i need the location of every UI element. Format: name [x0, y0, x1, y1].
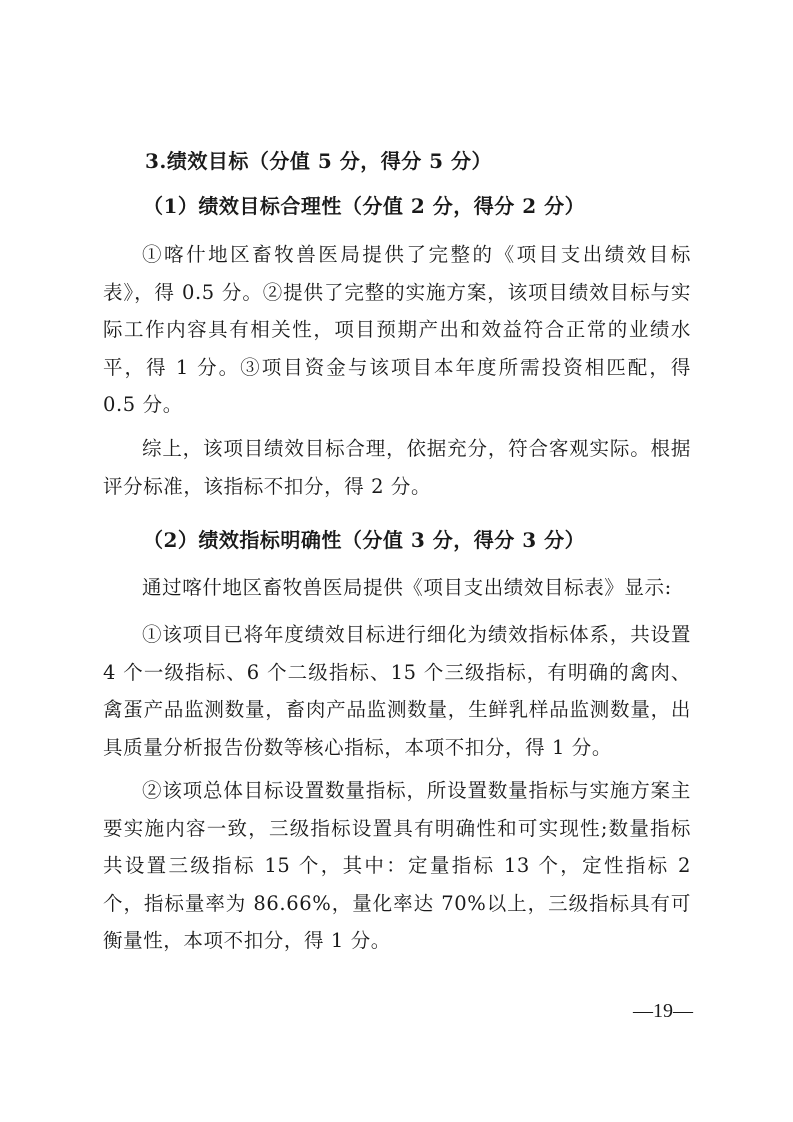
- subsection-heading-2: （2）绩效指标明确性（分值 3 分，得分 3 分）: [143, 526, 585, 554]
- paragraph-source: 通过喀什地区畜牧兽医局提供《项目支出绩效目标表》显示:: [103, 569, 691, 607]
- paragraph-indicator-system: ①该项目已将年度绩效目标进行细化为绩效指标体系，共设置 4 个一级指标、6 个二…: [103, 616, 691, 766]
- section-heading: 3.绩效目标（分值 5 分，得分 5 分）: [145, 147, 492, 175]
- paragraph-quantity-indicators: ②该项总体目标设置数量指标，所设置数量指标与实施方案主要实施内容一致，三级指标设…: [103, 772, 691, 960]
- paragraph-goal-summary: 综上，该项目绩效目标合理，依据充分，符合客观实际。根据评分标准，该指标不扣分，得…: [103, 430, 691, 505]
- paragraph-goal-rationality: ①喀什地区畜牧兽医局提供了完整的《项目支出绩效目标表》，得 0.5 分。②提供了…: [103, 236, 691, 424]
- page-number: —19—: [633, 1000, 693, 1023]
- subsection-heading-1: （1）绩效目标合理性（分值 2 分，得分 2 分）: [143, 192, 585, 220]
